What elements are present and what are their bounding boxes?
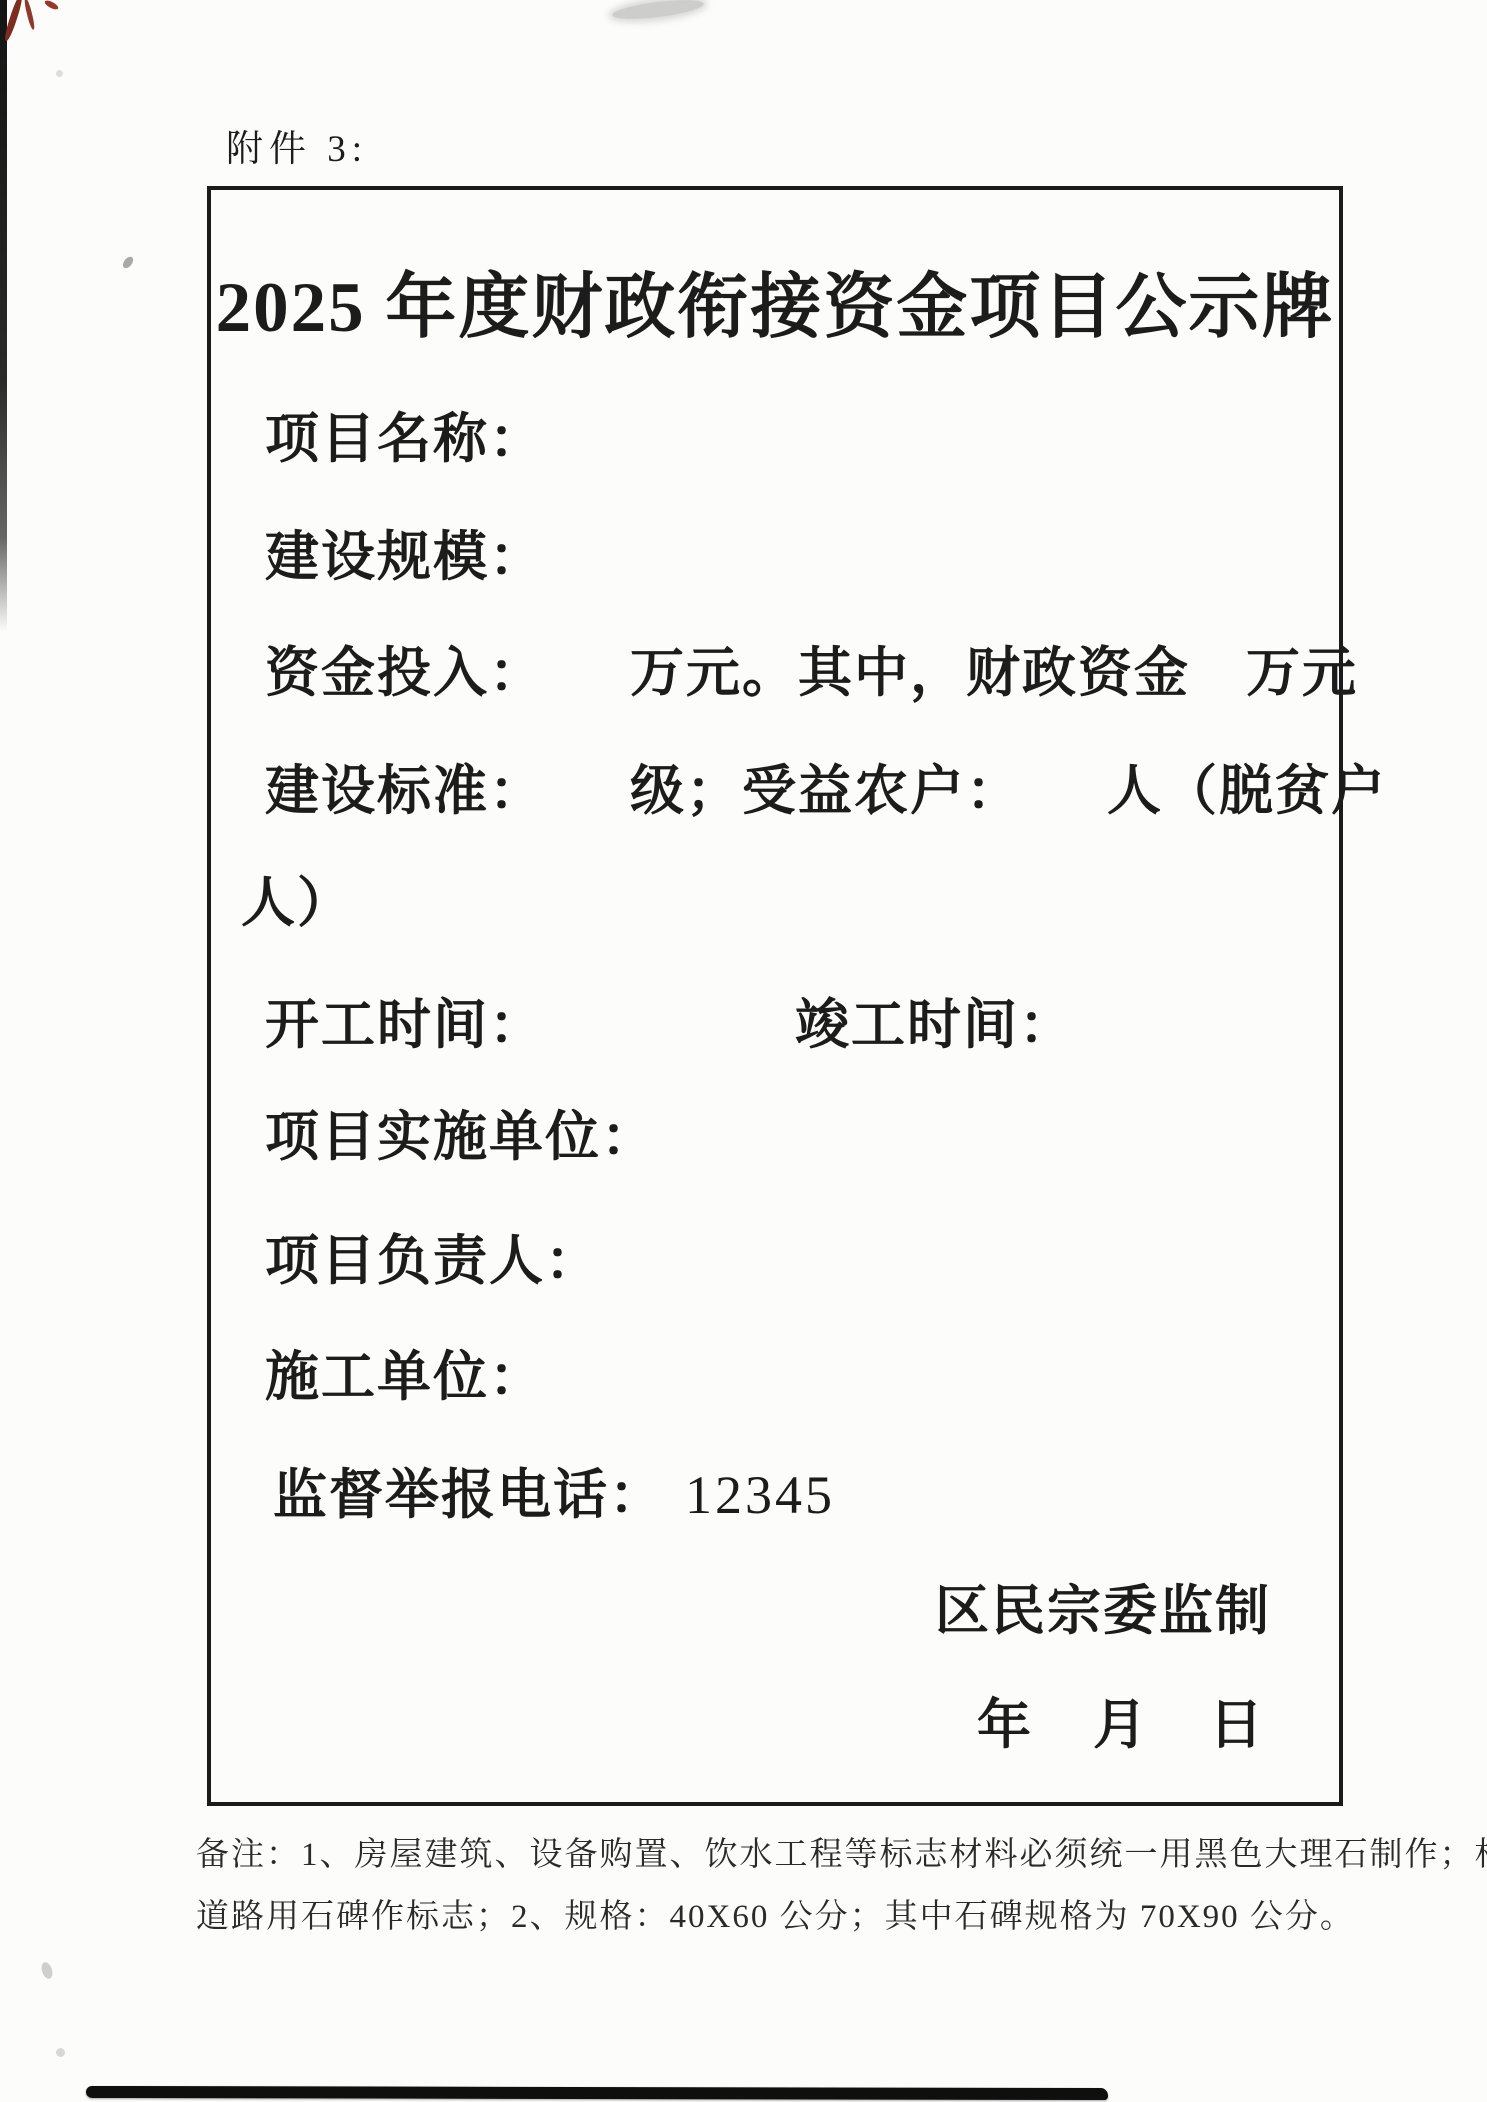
remark-line-2: 道路用石碑作标志；2、规格：40X60 公分；其中石碑规格为 70X90 公分。 bbox=[196, 1890, 1355, 1937]
field-construction-standard: 建设标准： 级；受益农户： 人（脱贫户 bbox=[265, 760, 1387, 822]
remark-line-1: 备注：1、房屋建筑、设备购置、饮水工程等标志材料必须统一用黑色大理石制作；村 bbox=[196, 1828, 1487, 1875]
scan-edge-bar bbox=[86, 2086, 1108, 2100]
red-pen-mark bbox=[43, 0, 59, 11]
field-construction-scale: 建设规模： bbox=[265, 526, 545, 588]
field-issuer: 区民宗委监制 bbox=[935, 1580, 1271, 1642]
attachment-label: 附件 3: bbox=[226, 118, 368, 172]
notice-board: 2025 年度财政衔接资金项目公示牌 项目名称： 建设规模： 资金投入： 万元。… bbox=[207, 186, 1343, 1806]
scanned-document-page: 附件 3: 2025 年度财政衔接资金项目公示牌 项目名称： 建设规模： 资金投… bbox=[0, 0, 1487, 2102]
scan-smudge bbox=[611, 0, 704, 23]
red-pen-mark bbox=[23, 0, 36, 30]
supervision-phone-label: 监督举报电话： bbox=[273, 1465, 665, 1525]
field-standard-continuation: 人） bbox=[241, 872, 353, 934]
scan-speck bbox=[40, 1961, 55, 1980]
field-supervision-phone: 监督举报电话：12345 bbox=[273, 1464, 835, 1526]
board-title: 2025 年度财政衔接资金项目公示牌 bbox=[211, 250, 1339, 352]
scan-speck bbox=[56, 2048, 65, 2057]
scan-speck bbox=[121, 255, 135, 270]
field-start-time: 开工时间： bbox=[265, 995, 545, 1055]
field-completion-time: 竣工时间： bbox=[795, 994, 1075, 1056]
field-project-name: 项目名称： bbox=[265, 408, 545, 470]
field-fund-input: 资金投入： 万元。其中，财政资金 万元 bbox=[265, 642, 1358, 704]
supervision-phone-number: 12345 bbox=[685, 1465, 835, 1525]
scan-edge-strip bbox=[0, 0, 7, 632]
field-implementing-unit: 项目实施单位： bbox=[265, 1106, 657, 1168]
scan-speck bbox=[56, 70, 63, 77]
field-construction-unit: 施工单位： bbox=[265, 1346, 545, 1408]
field-project-leader: 项目负责人： bbox=[265, 1230, 601, 1292]
field-date-placeholder: 年 月 日 bbox=[977, 1694, 1267, 1756]
field-time-row: 开工时间： 竣工时间： bbox=[265, 994, 545, 1056]
